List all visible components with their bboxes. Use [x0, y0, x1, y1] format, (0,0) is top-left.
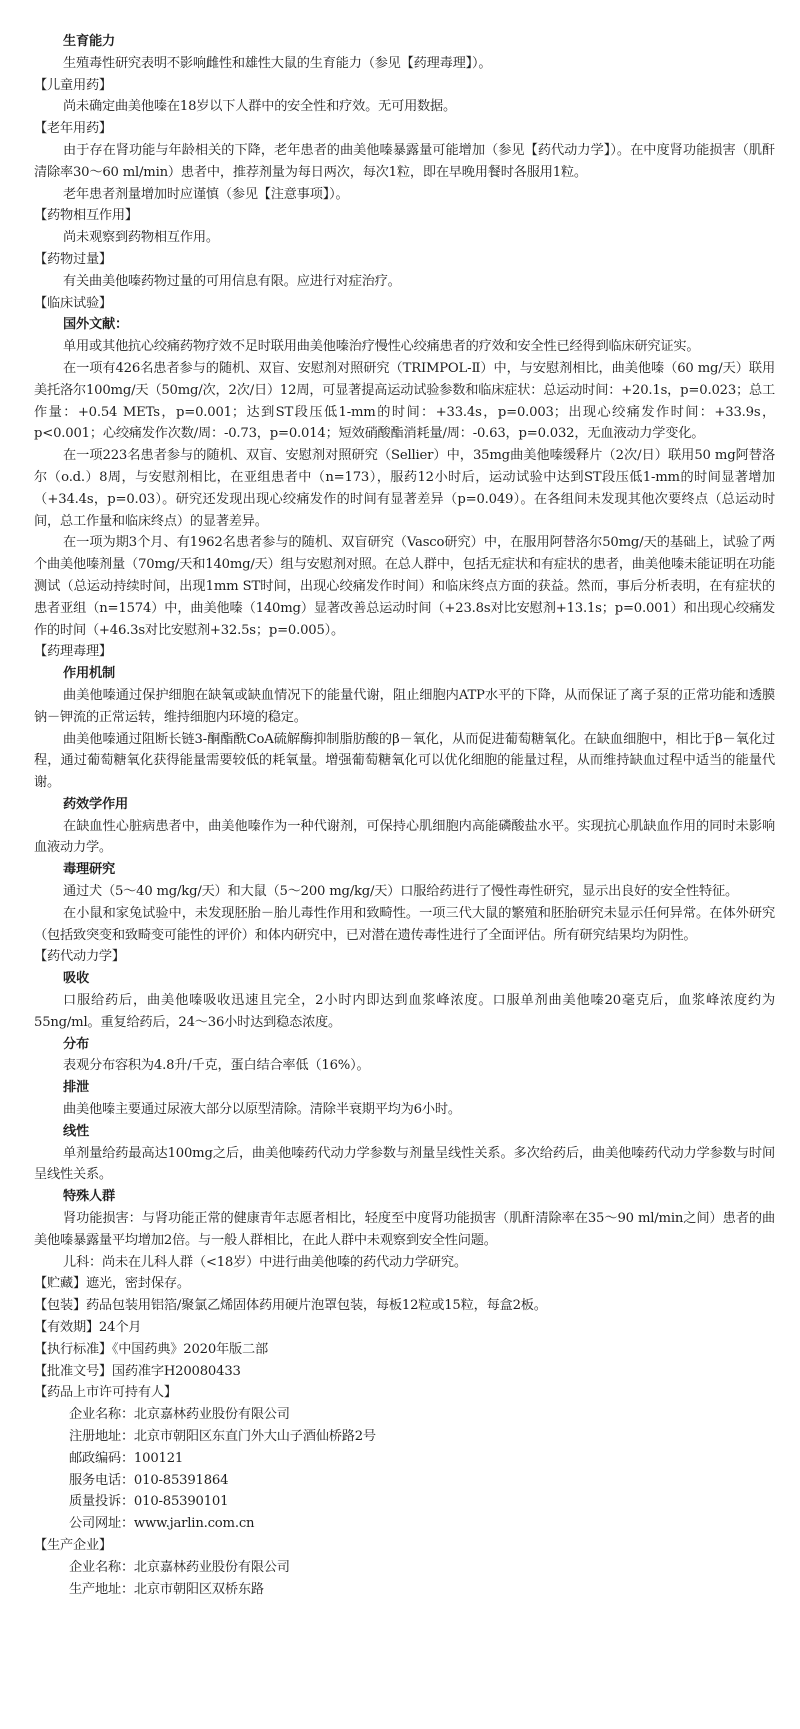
- section-shelf-life: 【有效期】24个月: [34, 1317, 775, 1339]
- section-heading-manufacturer: 【生产企业】: [34, 1535, 775, 1557]
- subheading-distribution: 分布: [34, 1034, 775, 1056]
- holder-website: 公司网址：www.jarlin.com.cn: [34, 1513, 775, 1535]
- holder-complaint-phone: 质量投诉：010-85390101: [34, 1491, 775, 1513]
- paragraph: 尚未观察到药物相互作用。: [34, 227, 775, 249]
- paragraph-trimpol: 在一项有426名患者参与的随机、双盲、安慰剂对照研究（TRIMPOL-Ⅱ）中，与…: [34, 358, 775, 445]
- section-heading-drug-interactions: 【药物相互作用】: [34, 205, 775, 227]
- paragraph: 在小鼠和家兔试验中，未发现胚胎－胎儿毒性作用和致畸性。一项三代大鼠的繁殖和胚胎研…: [34, 903, 775, 947]
- document-page: 生育能力 生殖毒性研究表明不影响雌性和雄性大鼠的生育能力（参见【药理毒理】）。 …: [0, 0, 800, 1600]
- section-heading-license-holder: 【药品上市许可持有人】: [34, 1382, 775, 1404]
- paragraph-sellier: 在一项223名患者参与的随机、双盲、安慰剂对照研究（Sellier）中，35mg…: [34, 445, 775, 532]
- section-heading-pediatric-use: 【儿童用药】: [34, 75, 775, 97]
- paragraph: 曲美他嗪主要通过尿液大部分以原型清除。清除半衰期平均为6小时。: [34, 1099, 775, 1121]
- section-packaging: 【包装】药品包装用铝箔/聚氯乙烯固体药用硬片泡罩包装，每板12粒或15粒，每盒2…: [34, 1295, 775, 1317]
- section-storage: 【贮藏】遮光，密封保存。: [34, 1273, 775, 1295]
- subheading-absorption: 吸收: [34, 968, 775, 990]
- subheading-linearity: 线性: [34, 1121, 775, 1143]
- paragraph: 单剂量给药最高达100mg之后，曲美他嗪药代动力学参数与剂量呈线性关系。多次给药…: [34, 1143, 775, 1187]
- section-heading-overdose: 【药物过量】: [34, 249, 775, 271]
- section-heading-geriatric-use: 【老年用药】: [34, 118, 775, 140]
- section-heading-pharmacokinetics: 【药代动力学】: [34, 946, 775, 968]
- paragraph: 口服给药后，曲美他嗪吸收迅速且完全，2小时内即达到血浆峰浓度。口服单剂曲美他嗪2…: [34, 990, 775, 1034]
- paragraph: 曲美他嗪通过保护细胞在缺氧或缺血情况下的能量代谢，阻止细胞内ATP水平的下降，从…: [34, 685, 775, 729]
- paragraph: 有关曲美他嗪药物过量的可用信息有限。应进行对症治疗。: [34, 271, 775, 293]
- holder-service-phone: 服务电话：010-85391864: [34, 1470, 775, 1492]
- paragraph: 肾功能损害：与肾功能正常的健康青年志愿者相比，轻度至中度肾功能损害（肌酐清除率在…: [34, 1208, 775, 1252]
- section-heading-pharmacology-toxicology: 【药理毒理】: [34, 641, 775, 663]
- subheading-fertility: 生育能力: [34, 31, 775, 53]
- paragraph-vasco: 在一项为期3个月、有1962名患者参与的随机、双盲研究（Vasco研究）中，在服…: [34, 532, 775, 641]
- paragraph: 通过犬（5～40 mg/kg/天）和大鼠（5～200 mg/kg/天）口服给药进…: [34, 881, 775, 903]
- manufacturer-company-name: 企业名称：北京嘉林药业股份有限公司: [34, 1557, 775, 1579]
- subheading-excretion: 排泄: [34, 1077, 775, 1099]
- section-approval-number: 【批准文号】国药准字H20080433: [34, 1361, 775, 1383]
- subheading-pharmacodynamics: 药效学作用: [34, 794, 775, 816]
- paragraph: 曲美他嗪通过阻断长链3-酮酯酰CoA硫解酶抑制脂肪酸的β－氧化，从而促进葡萄糖氧…: [34, 729, 775, 794]
- paragraph: 尚未确定曲美他嗪在18岁以下人群中的安全性和疗效。无可用数据。: [34, 96, 775, 118]
- paragraph: 由于存在肾功能与年龄相关的下降，老年患者的曲美他嗪暴露量可能增加（参见【药代动力…: [34, 140, 775, 184]
- manufacturer-address: 生产地址：北京市朝阳区双桥东路: [34, 1579, 775, 1601]
- subheading-toxicology: 毒理研究: [34, 859, 775, 881]
- paragraph: 儿科：尚未在儿科人群（<18岁）中进行曲美他嗪的药代动力学研究。: [34, 1252, 775, 1274]
- paragraph: 表观分布容积为4.8升/千克，蛋白结合率低（16%）。: [34, 1055, 775, 1077]
- paragraph: 老年患者剂量增加时应谨慎（参见【注意事项】）。: [34, 184, 775, 206]
- paragraph: 单用或其他抗心绞痛药物疗效不足时联用曲美他嗪治疗慢性心绞痛患者的疗效和安全性已经…: [34, 336, 775, 358]
- subheading-special-populations: 特殊人群: [34, 1186, 775, 1208]
- holder-postal-code: 邮政编码：100121: [34, 1448, 775, 1470]
- subheading-mechanism: 作用机制: [34, 663, 775, 685]
- subheading-foreign-literature: 国外文献：: [34, 314, 775, 336]
- section-heading-clinical-trials: 【临床试验】: [34, 293, 775, 315]
- holder-company-name: 企业名称：北京嘉林药业股份有限公司: [34, 1404, 775, 1426]
- paragraph: 生殖毒性研究表明不影响雌性和雄性大鼠的生育能力（参见【药理毒理】）。: [34, 53, 775, 75]
- holder-registered-address: 注册地址：北京市朝阳区东直门外大山子酒仙桥路2号: [34, 1426, 775, 1448]
- section-standard: 【执行标准】《中国药典》2020年版二部: [34, 1339, 775, 1361]
- paragraph: 在缺血性心脏病患者中，曲美他嗪作为一种代谢剂，可保持心肌细胞内高能磷酸盐水平。实…: [34, 816, 775, 860]
